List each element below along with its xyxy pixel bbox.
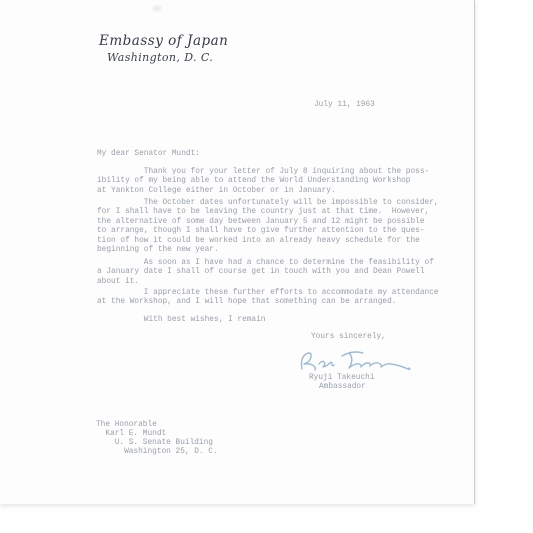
typed-signer-name: Ryuji Takeuchi [309,374,375,383]
body-paragraph-4: I appreciate these further efforts to ac… [97,289,439,308]
letter-paper: Embassy of Japan Washington, D. C. July … [0,0,475,504]
date-line: July 11, 1963 [314,101,375,110]
salutation: My dear Senator Mundt: [97,150,200,159]
valediction: Yours sincerely, [311,333,386,342]
body-paragraph-1: Thank you for your letter of July 8 inqu… [97,168,429,196]
letterhead-city: Washington, D. C. [107,51,213,64]
scan-smudge [150,4,164,13]
letter-scan: Embassy of Japan Washington, D. C. July … [0,0,533,533]
body-paragraph-2: The October dates unfortunately will be … [97,199,439,255]
letterhead-org: Embassy of Japan [99,33,228,49]
closing-line: With best wishes, I remain [97,316,265,325]
handwritten-signature [296,348,414,376]
typed-signer-title: Ambassador [319,383,366,392]
recipient-address-block: The Honorable Karl E. Mundt U. S. Senate… [96,421,218,457]
body-paragraph-3: As soon as I have had a chance to determ… [97,259,434,287]
